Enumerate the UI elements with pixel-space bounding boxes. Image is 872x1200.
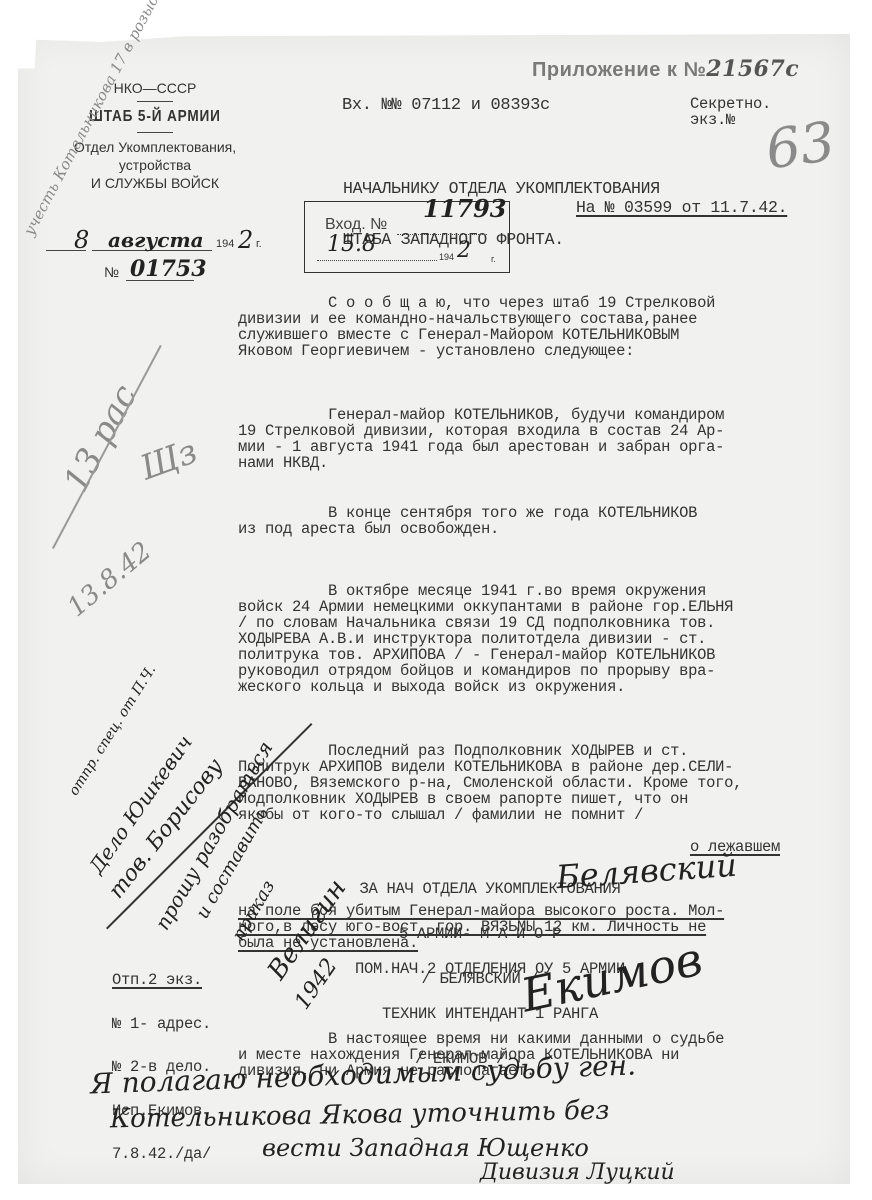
paragraph: В конце сентября того же года КОТЕЛЬНИКО… <box>238 505 742 537</box>
distribution-list: Отп.2 экз. № 1- адрес. № 2-в дело. Исп.Е… <box>112 944 211 1176</box>
date-day: 8 <box>74 226 89 254</box>
appendix-line: Приложение к №21567с <box>532 56 799 82</box>
date-suffix: г. <box>256 238 262 250</box>
resolution-line-4: Дивизия Луцкий <box>480 1160 675 1185</box>
text-line: Яковом Георгиевичем - установлено следую… <box>238 343 742 359</box>
dist-line-1: Отп.2 экз. <box>112 973 211 988</box>
paragraph: В октябре месяце 1941 г.во время окружен… <box>238 583 742 695</box>
text-line: руководил отрядом бойцов и командиров по… <box>238 663 742 679</box>
appendix-number: 21567с <box>706 56 799 82</box>
org-name: НКО—СССР <box>40 80 270 96</box>
stamp-year: 2 <box>457 238 471 263</box>
stamp-number: 11793 <box>423 194 507 223</box>
reply-ref: На № 03599 от 11.7.42. <box>576 200 787 216</box>
secret-label: Секретно. <box>690 96 771 112</box>
text-line: ВАНОВО, Вяземского р-на, Смоленской обла… <box>238 775 742 791</box>
text-line: ХОДЫРЕВА А.В.и инструктора политотдела д… <box>238 631 742 647</box>
number-value: 01753 <box>130 256 207 282</box>
appendix-label: Приложение к № <box>532 59 706 81</box>
date-month: августа <box>108 228 204 252</box>
text-line: В конце сентября того же года КОТЕЛЬНИКО… <box>238 505 742 521</box>
incoming-ref: Вх. №№ 07112 и 08393с <box>342 98 550 114</box>
copy-label: экз.№ <box>690 112 735 128</box>
text-line: нами НКВД. <box>238 455 742 471</box>
copy-number-hand: 63 <box>762 110 839 182</box>
text-line: служившего вместе с Генерал-Майором КОТЕ… <box>238 327 742 343</box>
date-year-hand: 2 <box>238 226 253 254</box>
stamp-date: 15.8 <box>327 232 376 257</box>
dist-line-2: № 1- адрес. <box>112 1017 211 1032</box>
text-line: В октябре месяце 1941 г.во время окружен… <box>238 583 742 599</box>
text-line: войск 24 Армии немецкими оккупантами в р… <box>238 599 742 615</box>
text-line: Подполковник ХОДЫРЕВ в своем рапорте пиш… <box>238 791 742 807</box>
text-line: мии - 1 августа 1941 года был арестован … <box>238 439 742 455</box>
paragraph: Последний раз Подполковник ХОДЫРЕВ и ст.… <box>238 743 742 823</box>
paragraph: С о о б щ а ю, что через штаб 19 Стрелко… <box>238 295 742 359</box>
resolution-line-3: вести Западная Ющенко <box>262 1134 589 1162</box>
stamp-year-prefix: 194 <box>439 252 454 262</box>
text-line: С о о б щ а ю, что через штаб 19 Стрелко… <box>238 295 742 311</box>
divider <box>137 132 173 133</box>
date-year-prefix: 194 <box>216 238 234 250</box>
number-label: № <box>104 264 119 280</box>
text-line: / по словам Начальника связи 19 СД подпо… <box>238 615 742 631</box>
paragraph: Генерал-майор КОТЕЛЬНИКОВ, будучи команд… <box>238 407 742 471</box>
divider <box>137 101 173 102</box>
dept-line-3: И СЛУЖБЫ ВОЙСК <box>40 175 270 191</box>
text-line: Политрук АРХИПОВ видели КОТЕЛЬНИКОВА в р… <box>238 759 742 775</box>
text-line: политрука тов. АРХИПОВА / - Генерал-майо… <box>238 647 742 663</box>
text-line: из под ареста был освобожден. <box>238 521 742 537</box>
text-line: 19 Стрелковой дивизии, которая входила в… <box>238 423 742 439</box>
text-line: Генерал-майор КОТЕЛЬНИКОВ, будучи команд… <box>238 407 742 423</box>
dist-line-5: 7.8.42./да/ <box>112 1147 211 1162</box>
signer-title-2: ТЕХНИК ИНТЕНДАНТ 1 РАНГА <box>300 1007 680 1022</box>
letterhead-number: № 01753 <box>104 258 254 284</box>
text-line: дивизии и ее командно-начальствующего со… <box>238 311 742 327</box>
text-line: Последний раз Подполковник ХОДЫРЕВ и ст. <box>238 743 742 759</box>
text-line: жеского кольца и выхода войск из окружен… <box>238 679 742 695</box>
letterhead-date: 8 августа 194 2 г. <box>46 226 276 254</box>
text-line: якобы от кого-то слышал / фамилии не пом… <box>238 807 742 823</box>
